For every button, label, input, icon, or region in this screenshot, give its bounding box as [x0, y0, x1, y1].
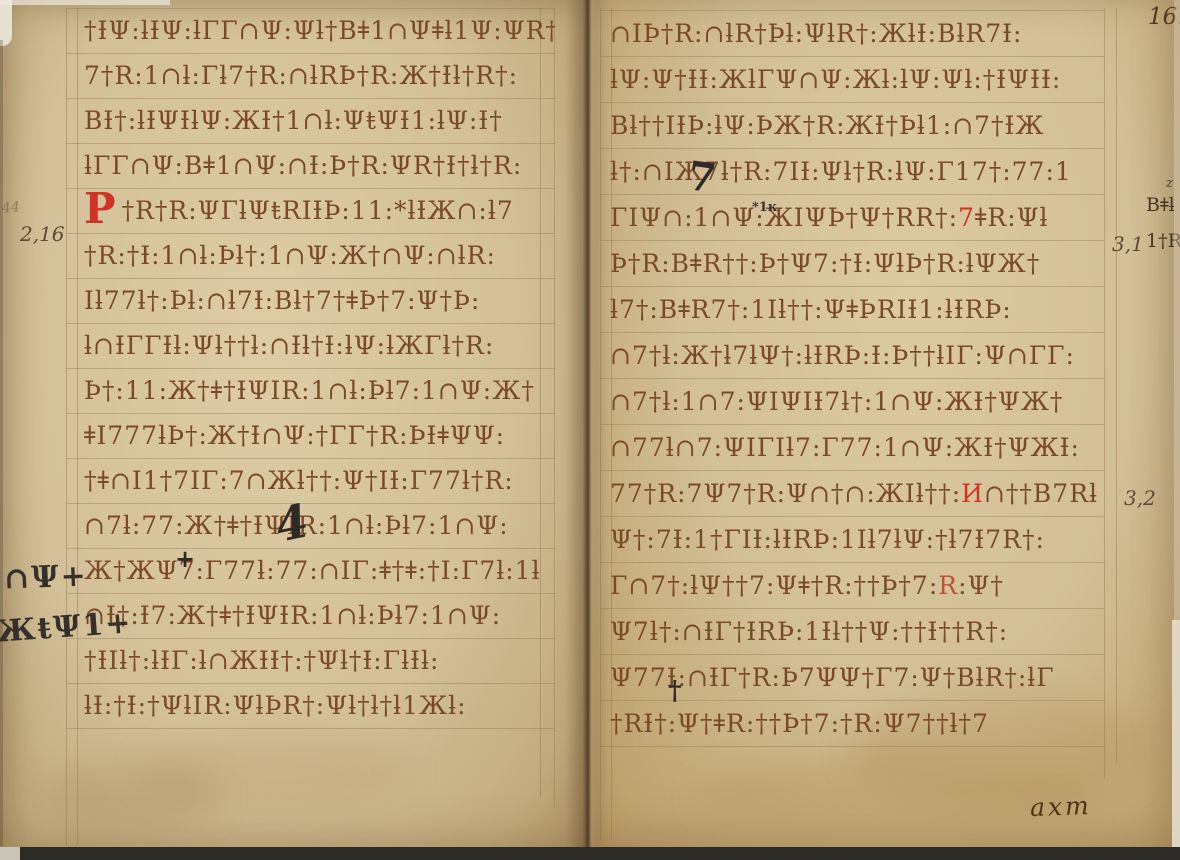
- ruling-line-vertical: [1104, 8, 1105, 778]
- chapter-reference: 2,16: [20, 222, 65, 246]
- rune-text-line: ∩IÞ†R:∩ƚR†Þƚ:ΨƚR†:ЖƚƗ:BƚR7Ɨ:: [600, 10, 1104, 56]
- rune-text-line: ƚƗ:†Ɨ:†ΨƚIR:ΨƚÞR†:Ψƚ†ƚ†ƚ1Жƚ:: [66, 683, 555, 728]
- rune-text-line: †ƗΨ:ƚƗΨ:ƚΓΓ∩Ψ:Ψƚ†Bǂ1∩Ψǂƚ1Ψ:ΨR††: [66, 8, 555, 53]
- rune-text-line: †ƗIƚ†:ƚƗΓ:ƚ∩ЖƗƗ†:†Ψƚ†Ɨ:ΓƚƗƚ:: [66, 638, 555, 683]
- red-rune: 7: [958, 203, 975, 232]
- manuscript-spread: †ƗΨ:ƚƗΨ:ƚΓΓ∩Ψ:Ψƚ†Bǂ1∩Ψǂƚ1Ψ:ΨR†† 7†R:1∩ƚ:…: [0, 0, 1180, 860]
- rune-text-line: †RƗ†:Ψ†ǂR:††Þ†7:†R:Ψ7††ƚ†7: [600, 700, 1104, 746]
- rune-text-line: †R:†Ɨ:1∩ƚ:Þƚ†:1∩Ψ:Ж†∩Ψ:∩ƚR:: [66, 233, 555, 278]
- rune-text: Γ∩7†:ƚΨ††7:Ψǂ†R:††Þ†7:: [610, 571, 938, 600]
- rune-text-line-with-rubric: ΓIΨ∩:1∩Ψ:ЖIΨÞ†Ψ†RR†:7ǂR:Ψƚ: [600, 194, 1104, 240]
- scan-edge-top: [0, 0, 170, 5]
- rune-text: †R†R:ΨΓƚΨŧRIƗÞ:11:*ƚƗЖ∩:ƚ7: [122, 196, 514, 225]
- margin-faint-mark: 44: [1, 199, 20, 217]
- rune-text-line: ƚ∩ƗΓΓƗƚ:Ψƚ††ƚ:∩Ɨƚ†Ɨ:ƚΨ:ƚЖΓƚ†R:: [66, 323, 555, 368]
- rune-text-line: ∩7†ƚ:1∩7:ΨIΨIƗ7ƚ†:1∩Ψ:ЖƗ†ΨЖ†: [600, 378, 1104, 424]
- bottom-inscription: axm: [1030, 791, 1093, 822]
- rune-text: ǂR:Ψƚ: [975, 203, 1049, 232]
- rune-text-line: ∩Ɨ†:Ɨ7:Ж†ǂ†ƗΨƗR:1∩ƚ:Þƚ7:1∩Ψ:: [66, 593, 555, 638]
- chapter-reference: 3,1: [1112, 232, 1144, 256]
- rune-text-line: ∩7†ƚ:Ж†ƚ7ƚΨ†:ƚƗRÞ:Ɨ:Þ††ƚIΓ:Ψ∩ΓΓ:: [600, 332, 1104, 378]
- right-text-block: ∩IÞ†R:∩ƚR†Þƚ:ΨƚR†:ЖƚƗ:BƚR7Ɨ: ƚΨ:Ψ†ƗƗ:ЖƚΓ…: [600, 10, 1104, 747]
- rune-text-line: ǂI777ƚÞ†:Ж†Ɨ∩Ψ:†ΓΓ†R:ÞƗǂΨΨ:: [66, 413, 555, 458]
- page-edge-right-light: [1172, 620, 1180, 847]
- rune-text-line-with-initial: P†R†R:ΨΓƚΨŧRIƗÞ:11:*ƚƗЖ∩:ƚ7: [66, 188, 555, 233]
- chapter-reference: 3,2: [1124, 486, 1156, 510]
- rune-text: :Ψ†: [958, 571, 1004, 600]
- rune-text-line: ∩77ƚ∩7:ΨIΓIƚ7:Γ77:1∩Ψ:ЖƗ†ΨЖƗ:: [600, 424, 1104, 470]
- rune-text-line: 7†R:1∩ƚ:Γƚ7†R:∩ƚRÞ†R:Ж†Ɨƚ†R†:: [66, 53, 555, 98]
- rune-text-line: Ψ†:7Ɨ:1†ΓIƗ:ƚƗRÞ:1Iƚ7ƚΨ:†ƚ7Ɨ7R†:: [600, 516, 1104, 562]
- rune-text-line: Bƚ††IƗÞ:ƚΨ:ÞЖ†R:ЖƗ†Þƚ1:∩7†ƗЖ: [600, 102, 1104, 148]
- rune-text-line: Iƚ77ƚ†:Þƚ:∩ƚ7Ɨ:Bƚ†7†ǂÞ†7:Ψ†Þ:: [66, 278, 555, 323]
- rune-text-line-with-rubric: Γ∩7†:ƚΨ††7:Ψǂ†R:††Þ†7:R:Ψ†: [600, 562, 1104, 608]
- rune-text-line: ƚΨ:Ψ†ƗƗ:ЖƚΓΨ∩Ψ:Жƚ:ƚΨ:Ψƚ:†ƗΨƗƗ:: [600, 56, 1104, 102]
- ink-correction-mark: +: [175, 544, 195, 573]
- rune-text: ∩††B7Rƚ: [984, 479, 1098, 508]
- left-text-block: †ƗΨ:ƚƗΨ:ƚΓΓ∩Ψ:Ψƚ†Bǂ1∩Ψǂƚ1Ψ:ΨR†† 7†R:1∩ƚ:…: [66, 8, 555, 729]
- rune-text: ΓIΨ∩:1∩Ψ:ЖIΨÞ†Ψ†RR†:: [610, 203, 958, 232]
- margin-small-mark: z: [1166, 176, 1173, 191]
- book-gutter: [566, 0, 610, 860]
- ink-correction-mark: †: [668, 676, 682, 706]
- rune-text-line: Þ†R:BǂR††:Þ†Ψ7:†Ɨ:ΨƚÞ†R:ƚΨЖ†: [600, 240, 1104, 286]
- rune-text-line: Ж†ЖΨ7:Γ77ƚ:77:∩IΓ:ǂ†ǂ:†I:Γ7ƚ:1ƚ: [66, 548, 555, 593]
- rune-text-line: BƗ†:ƚƗΨƗƚΨ:ЖƗ†1∩ƚ:ΨŧΨƗ1:ƚΨ:Ɨ†: [66, 98, 555, 143]
- rune-text-line: ƚΓΓ∩Ψ:Bǂ1∩Ψ:∩Ɨ:Þ†R:ΨR†Ɨ†ƚ†R:: [66, 143, 555, 188]
- scan-edge-bottom-corner: [0, 847, 20, 860]
- margin-rune-note: Bǂƚ: [1146, 194, 1175, 216]
- parchment-stain: [40, 760, 220, 830]
- scan-edge-left: [0, 40, 3, 846]
- rune-text-line-with-rubric: 77†R:7Ψ7†R:Ψ∩†∩:ЖIƚ††:И∩††B7Rƚ: [600, 470, 1104, 516]
- ruling-line-vertical: [1116, 8, 1117, 763]
- interlinear-note: *1ĸ: [752, 200, 777, 215]
- rune-text-line: ƚ7†:BǂR7†:1Iƚ††:ΨǂÞRIƗ1:ƚƗRÞ:: [600, 286, 1104, 332]
- rune-text-line: †ǂ∩I1†7IΓ:7∩Жƚ††:Ψ†IƗ:Γ77ƚ†R:: [66, 458, 555, 503]
- scan-edge-bottom-bar: [20, 847, 1180, 860]
- marginal-scribble: ∩Ψ+: [3, 559, 88, 597]
- rune-text-line: ƚ†:∩IЖ7ƚ†R:7IƗ:Ψƚ†R:ƚΨ:Γ17†:77:1: [600, 148, 1104, 194]
- red-rune: R: [938, 571, 958, 600]
- red-rune: И: [961, 479, 984, 508]
- page-edge-right-light: [1174, 0, 1180, 620]
- rune-text-line: Þ†:11:Ж†ǂ†ƗΨIR:1∩ƚ:Þƚ7:1∩Ψ:Ж†: [66, 368, 555, 413]
- red-initial-rune: P: [84, 188, 117, 233]
- rune-text-line: Ψ7ƚ†:∩ƗΓ†ƗRÞ:1Ɨƚ††Ψ:††Ɨ††R†:: [600, 608, 1104, 654]
- rune-text: 77†R:7Ψ7†R:Ψ∩†∩:ЖIƚ††:: [610, 479, 961, 508]
